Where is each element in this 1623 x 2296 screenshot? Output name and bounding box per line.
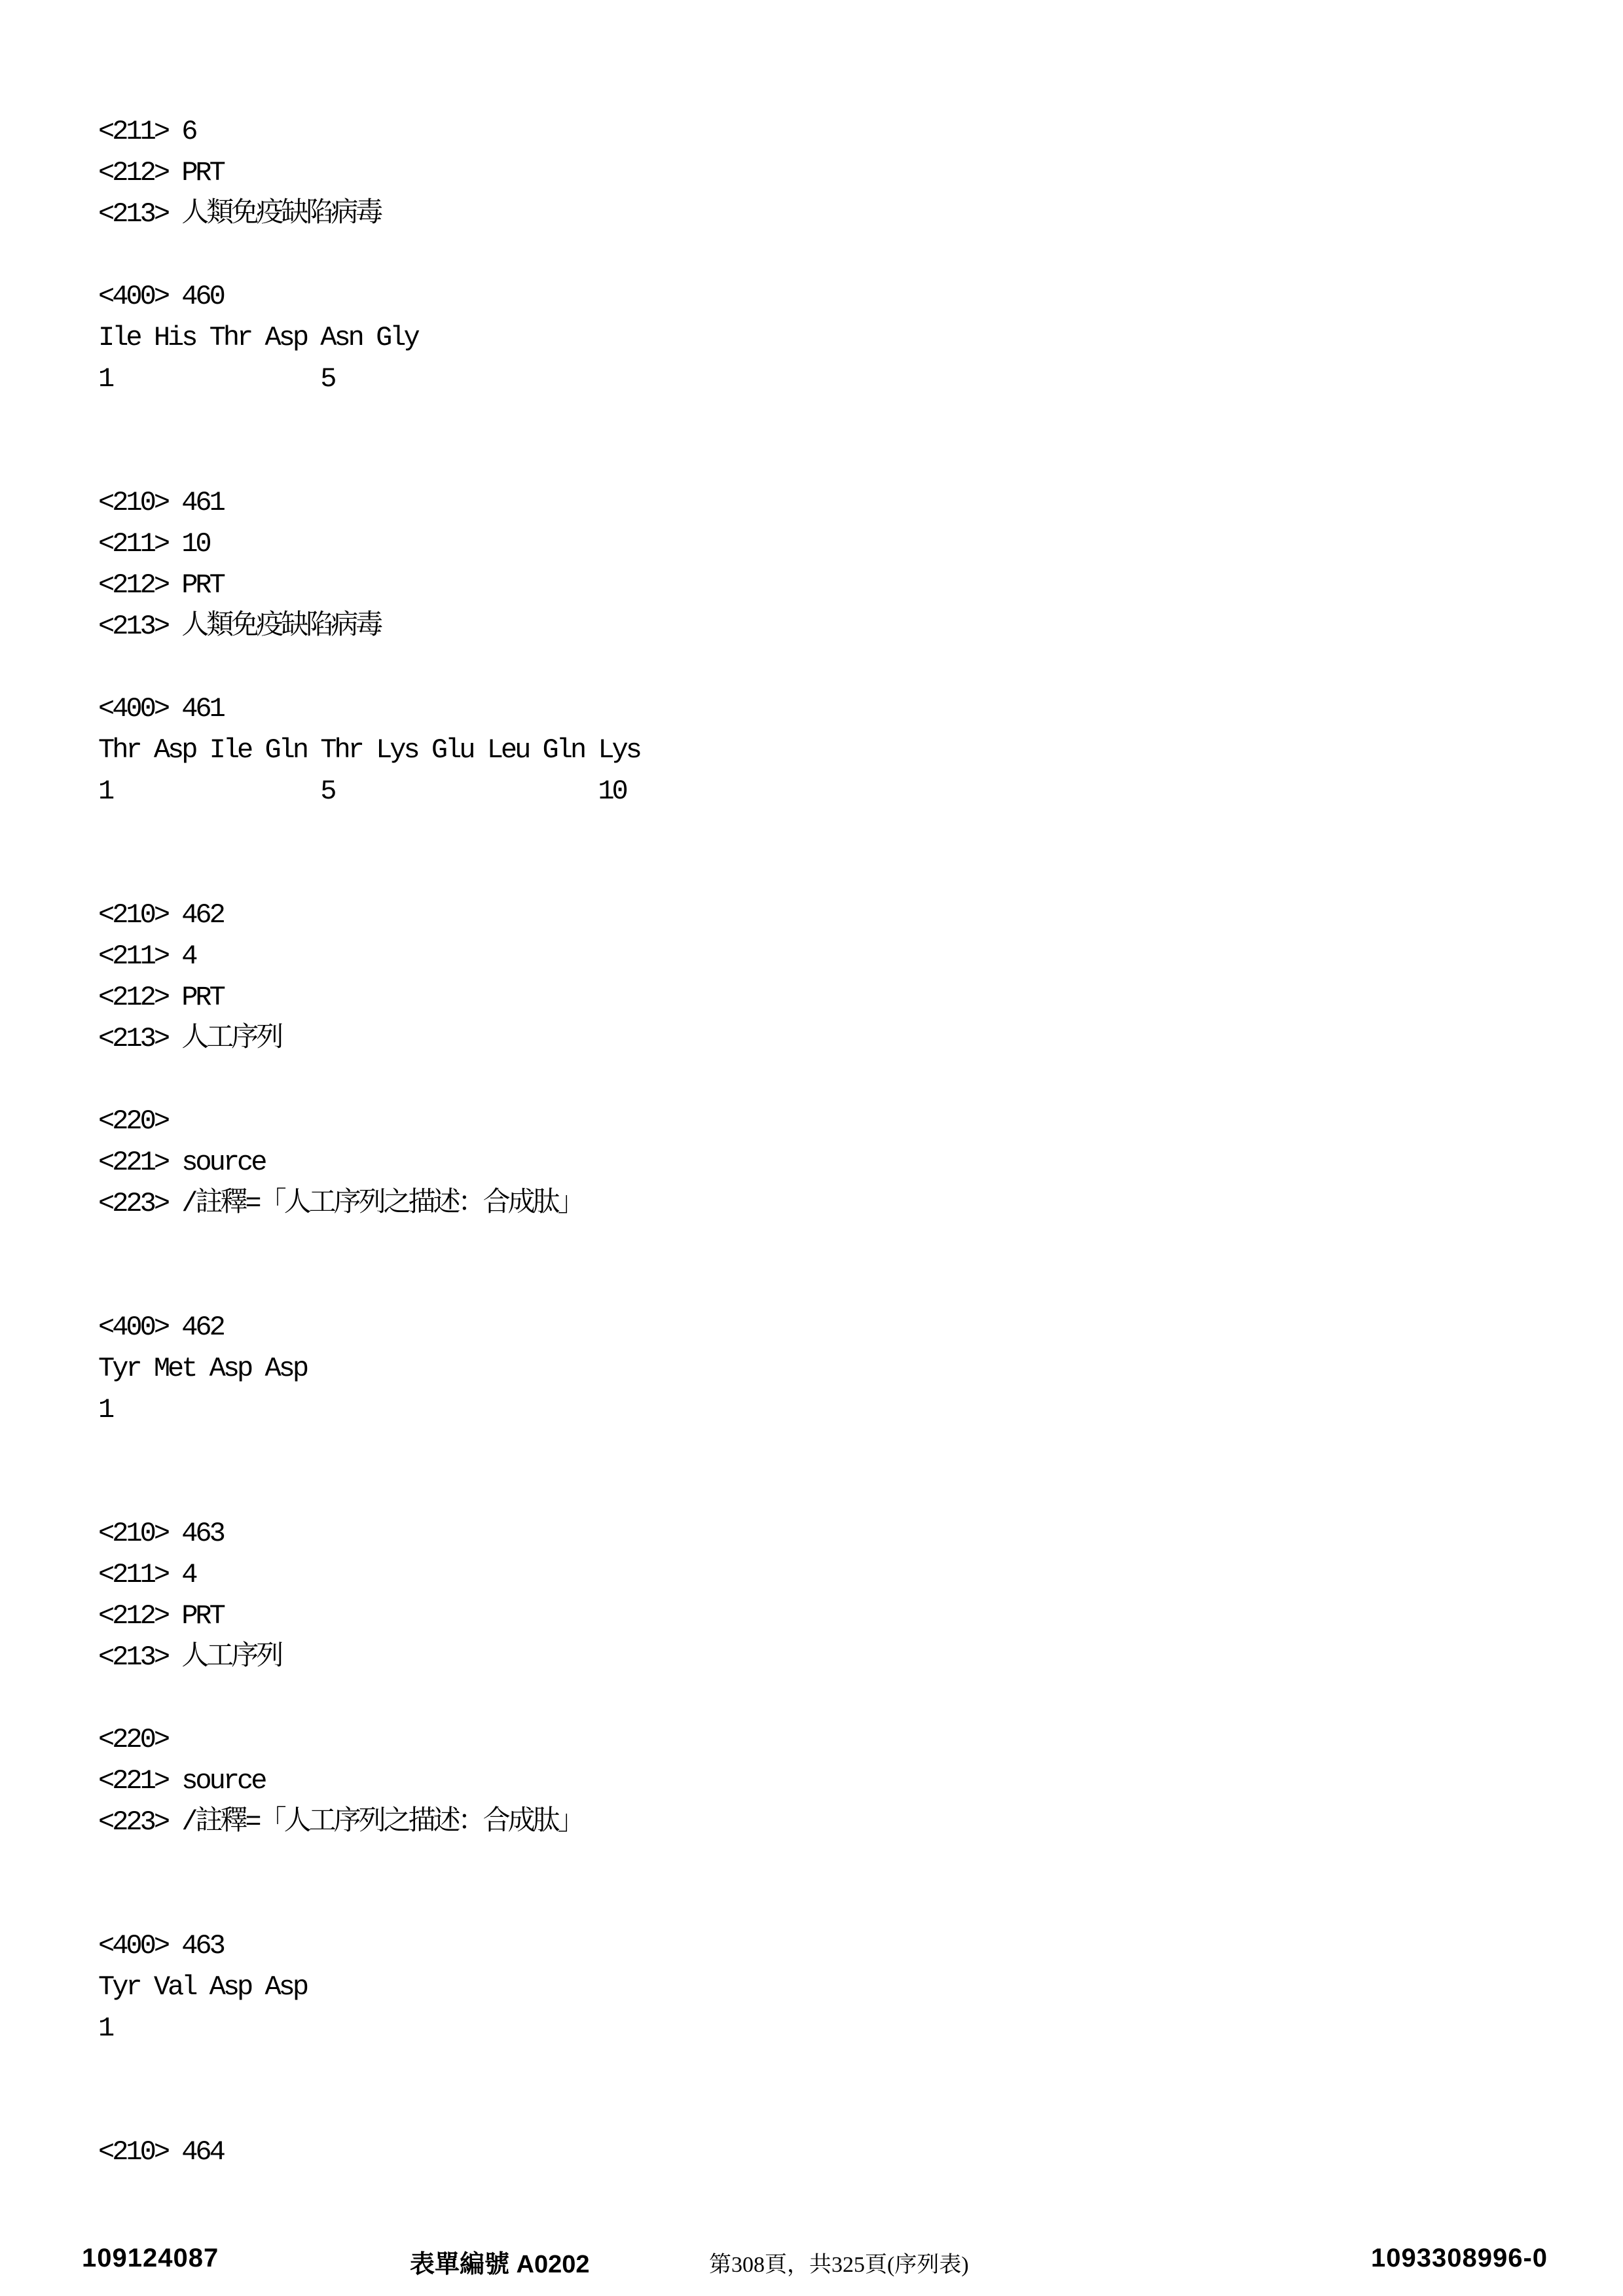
blank-line [98,853,640,895]
blank-line [98,812,640,853]
sequence-line: <210> 464 [98,2132,640,2173]
document-page: <211> 6<212> PRT<213> 人類免疫缺陷病毒 <400> 460… [0,0,1623,2296]
sequence-line: <211> 4 [98,1554,640,1596]
sequence-line: <220> [98,1719,640,1761]
sequence-line: Tyr Met Asp Asp [98,1348,640,1390]
page-indicator: 第308頁，共325頁(序列表) [709,2246,969,2278]
sequence-line: 1 [98,2008,640,2049]
blank-line [98,647,640,689]
sequence-line: Ile His Thr Asp Asn Gly [98,317,640,359]
blank-line [98,441,640,482]
sequence-line: 1 5 10 [98,771,640,812]
blank-line [98,1060,640,1101]
blank-line [98,400,640,441]
document-number: 1093308996-0 [1371,2244,1548,2273]
sequence-line: 1 5 [98,359,640,400]
sequence-line: <223> /註釋=「人工序列之描述：合成肽」 [98,1183,640,1225]
sequence-line: <221> source [98,1761,640,1802]
sequence-line: <210> 462 [98,895,640,936]
sequence-line: 1 [98,1390,640,1431]
blank-line [98,1472,640,1513]
sequence-line: Tyr Val Asp Asp [98,1967,640,2008]
blank-line [98,2090,640,2132]
blank-line [98,1843,640,1884]
page-footer: 109124087 表單編號 A0202 第308頁，共325頁(序列表) 10… [0,2241,1623,2280]
sequence-line: <212> PRT [98,565,640,606]
sequence-line: <400> 460 [98,276,640,317]
sequence-line: <210> 463 [98,1513,640,1554]
application-number: 109124087 [82,2244,219,2273]
sequence-line: <212> PRT [98,977,640,1018]
blank-line [98,1884,640,1926]
blank-line [98,1678,640,1719]
sequence-line: <213> 人類免疫缺陷病毒 [98,606,640,647]
sequence-line: <400> 462 [98,1307,640,1348]
form-number: 表單編號 A0202 [410,2244,590,2280]
sequence-line: <213> 人類免疫缺陷病毒 [98,194,640,235]
sequence-listing: <211> 6<212> PRT<213> 人類免疫缺陷病毒 <400> 460… [98,111,640,2173]
sequence-line: <211> 4 [98,936,640,977]
blank-line [98,235,640,276]
blank-line [98,1225,640,1266]
sequence-line: <400> 461 [98,689,640,730]
sequence-line: <213> 人工序列 [98,1637,640,1678]
blank-line [98,1266,640,1307]
sequence-line: <220> [98,1101,640,1142]
sequence-line: <211> 6 [98,111,640,152]
sequence-line: <223> /註釋=「人工序列之描述：合成肽」 [98,1802,640,1843]
sequence-line: <210> 461 [98,482,640,524]
sequence-line: <213> 人工序列 [98,1018,640,1060]
sequence-line: <212> PRT [98,1596,640,1637]
sequence-line: <212> PRT [98,152,640,194]
sequence-line: <221> source [98,1142,640,1183]
blank-line [98,2049,640,2090]
sequence-line: <400> 463 [98,1926,640,1967]
sequence-line: Thr Asp Ile Gln Thr Lys Glu Leu Gln Lys [98,730,640,771]
blank-line [98,1431,640,1472]
sequence-line: <211> 10 [98,524,640,565]
